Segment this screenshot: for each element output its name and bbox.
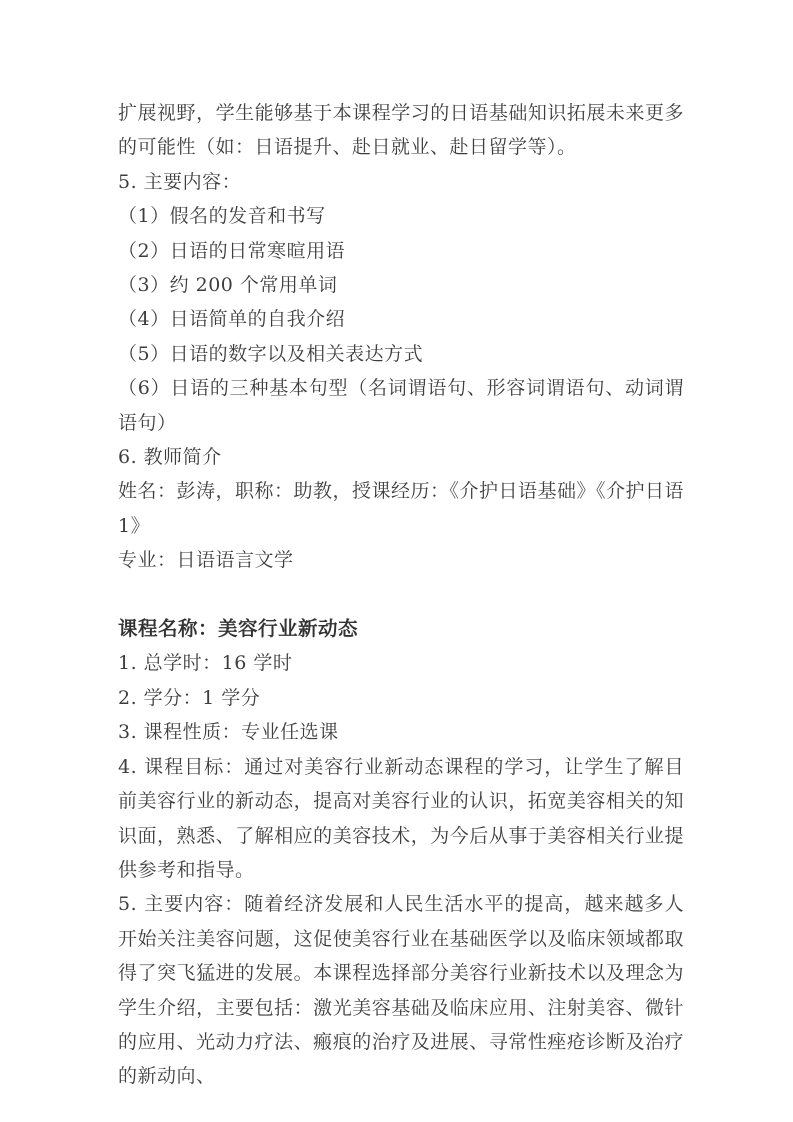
document-page: 扩展视野，学生能够基于本课程学习的日语基础知识拓展未来更多的可能性（如：日语提升…: [0, 0, 793, 1122]
section-divider-blank-line: [118, 578, 684, 612]
course-name-heading: 课程名称：美容行业新动态: [118, 612, 684, 646]
list-item-5-numbers-expressions: （5）日语的数字以及相关表达方式: [118, 337, 684, 371]
para-teacher-name-title-experience: 姓名：彭涛，职称：助教，授课经历：《介护日语基础》《介护日语 1》: [118, 474, 684, 543]
page-content: 扩展视野，学生能够基于本课程学习的日语基础知识拓展未来更多的可能性（如：日语提升…: [118, 96, 684, 1094]
list-item-1-kana-pronunciation: （1）假名的发音和书写: [118, 199, 684, 233]
para-course-objectives: 4. 课程目标：通过对美容行业新动态课程的学习，让学生了解目前美容行业的新动态，…: [118, 750, 684, 888]
section-japanese-course: 扩展视野，学生能够基于本课程学习的日语基础知识拓展未来更多的可能性（如：日语提升…: [118, 96, 684, 578]
para-teacher-intro-label: 6. 教师简介: [118, 440, 684, 474]
para-course-type: 3. 课程性质：专业任选课: [118, 715, 684, 749]
para-main-content-label: 5. 主要内容：: [118, 165, 684, 199]
para-teacher-major: 专业：日语语言文学: [118, 543, 684, 577]
list-item-4-self-introduction: （4）日语简单的自我介绍: [118, 302, 684, 336]
para-course-goal-continuation: 扩展视野，学生能够基于本课程学习的日语基础知识拓展未来更多的可能性（如：日语提升…: [118, 96, 684, 165]
list-item-6-sentence-patterns: （6）日语的三种基本句型（名词谓语句、形容词谓语句、动词谓语句）: [118, 371, 684, 440]
list-item-2-daily-greetings: （2）日语的日常寒暄用语: [118, 234, 684, 268]
section-beauty-industry-course: 课程名称：美容行业新动态 1. 总学时：16 学时 2. 学分：1 学分 3. …: [118, 612, 684, 1094]
para-credits: 2. 学分：1 学分: [118, 681, 684, 715]
para-total-hours: 1. 总学时：16 学时: [118, 646, 684, 680]
para-main-content: 5. 主要内容：随着经济发展和人民生活水平的提高，越来越多人开始关注美容问题，这…: [118, 887, 684, 1093]
list-item-3-common-words: （3）约 200 个常用单词: [118, 268, 684, 302]
